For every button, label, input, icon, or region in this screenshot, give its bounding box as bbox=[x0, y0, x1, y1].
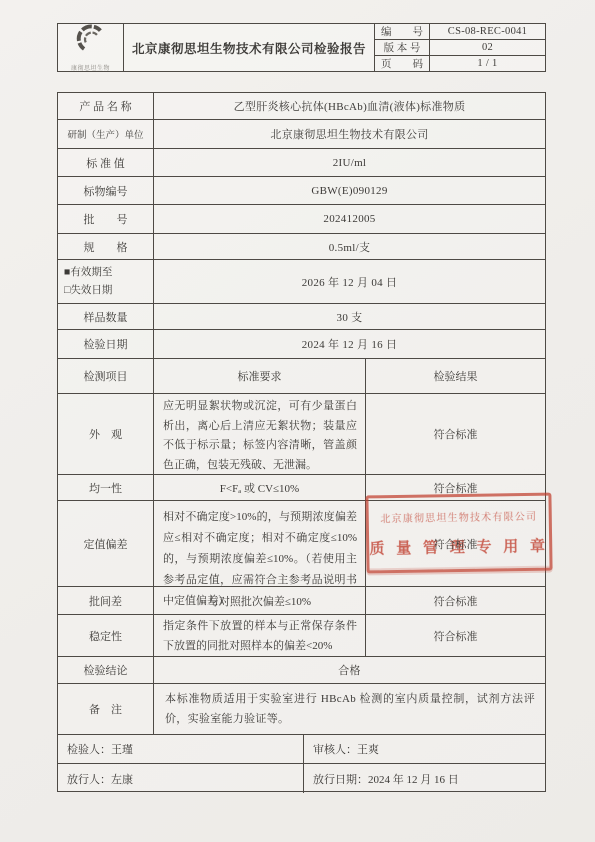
inspector-name: 王瑾 bbox=[111, 741, 133, 757]
row-releaser-date: 放行人： 左康 放行日期： 2024 年 12 月 16 日 bbox=[58, 763, 545, 793]
uniformity-result: 符合标准 bbox=[366, 475, 545, 500]
test-date-label: 检验日期 bbox=[58, 330, 154, 358]
row-inspector-reviewer: 检验人： 王瑾 审核人： 王爽 bbox=[58, 734, 545, 763]
doc-no-value: CS-08-REC-0041 bbox=[430, 24, 545, 39]
row-test-appearance: 外 观 应无明显絮状物或沉淀，可有少量蛋白析出，离心后上清应无絮状物；装量应不低… bbox=[58, 393, 545, 474]
expiry-unchecked-option: □失效日期 bbox=[64, 282, 153, 300]
release-date-value: 2024 年 12 月 16 日 bbox=[368, 771, 459, 787]
sample-qty-value: 30 支 bbox=[154, 304, 545, 329]
report-header: 康彻思坦生物 北京康彻思坦生物技术有限公司检验报告 编 号 CS-08-REC-… bbox=[57, 23, 546, 72]
report-table: 产 品 名 称 乙型肝炎核心抗体(HBcAb)血清(液体)标准物质 研制（生产）… bbox=[57, 92, 546, 792]
row-spec: 规 格 0.5ml/支 bbox=[58, 233, 545, 259]
reviewer-label: 审核人： bbox=[313, 741, 357, 757]
appearance-result: 符合标准 bbox=[366, 394, 545, 474]
col-header-item: 检测项目 bbox=[58, 359, 154, 393]
uniformity-requirement: F<Fₐ 或 CV≤10% bbox=[154, 475, 366, 500]
row-test-date: 检验日期 2024 年 12 月 16 日 bbox=[58, 329, 545, 358]
version-value: 02 bbox=[430, 40, 545, 55]
version-label: 版 本 号 bbox=[375, 40, 430, 55]
remark-label: 备 注 bbox=[58, 684, 154, 734]
col-header-result: 检验结果 bbox=[366, 359, 545, 393]
stability-item: 稳定性 bbox=[58, 615, 154, 656]
sample-qty-label: 样品数量 bbox=[58, 304, 154, 329]
conclusion-label: 检验结论 bbox=[58, 657, 154, 683]
uniformity-item: 均一性 bbox=[58, 475, 154, 500]
validity-label: ■有效期至 □失效日期 bbox=[58, 260, 154, 303]
value-bias-requirement: 相对不确定度>10%的，与预期浓度偏差应≤相对不确定度；相对不确定度≤10%的，… bbox=[154, 501, 366, 586]
value-bias-result: 符合标准 bbox=[366, 501, 545, 586]
release-date-label: 放行日期： bbox=[313, 771, 368, 787]
conclusion-value: 合格 bbox=[154, 657, 545, 683]
row-lot-no: 批 号 202412005 bbox=[58, 204, 545, 233]
material-no-label: 标物编号 bbox=[58, 177, 154, 204]
logo-swirl-icon bbox=[74, 23, 108, 62]
row-product-name: 产 品 名 称 乙型肝炎核心抗体(HBcAb)血清(液体)标准物质 bbox=[58, 93, 545, 119]
value-bias-item: 定值偏差 bbox=[58, 501, 154, 586]
validity-value: 2026 年 12 月 04 日 bbox=[154, 260, 545, 303]
stability-requirement: 指定条件下放置的样本与正常保存条件下放置的同批对照样本的偏差<20% bbox=[154, 615, 366, 656]
manufacturer-label: 研制（生产）单位 bbox=[58, 120, 154, 148]
doc-no-label: 编 号 bbox=[375, 24, 430, 39]
col-header-requirement: 标准要求 bbox=[154, 359, 366, 393]
spec-value: 0.5ml/支 bbox=[154, 234, 545, 259]
reviewer-name: 王爽 bbox=[357, 741, 379, 757]
row-sample-qty: 样品数量 30 支 bbox=[58, 303, 545, 329]
spec-label: 规 格 bbox=[58, 234, 154, 259]
validity-checked-option: ■有效期至 bbox=[64, 264, 153, 282]
report-title: 北京康彻思坦生物技术有限公司检验报告 bbox=[124, 24, 374, 71]
header-meta-table: 编 号 CS-08-REC-0041 版 本 号 02 页 码 1 / 1 bbox=[374, 24, 545, 71]
manufacturer-value: 北京康彻思坦生物技术有限公司 bbox=[154, 120, 545, 148]
releaser-name: 左康 bbox=[111, 771, 133, 787]
releaser-label: 放行人： bbox=[67, 771, 111, 787]
inspector-cell: 检验人： 王瑾 bbox=[58, 735, 304, 763]
row-conclusion: 检验结论 合格 bbox=[58, 656, 545, 683]
company-logo: 康彻思坦生物 bbox=[58, 24, 124, 71]
page-label: 页 码 bbox=[375, 56, 430, 71]
product-name-label: 产 品 名 称 bbox=[58, 93, 154, 119]
meta-row-version: 版 本 号 02 bbox=[375, 39, 545, 55]
row-manufacturer: 研制（生产）单位 北京康彻思坦生物技术有限公司 bbox=[58, 119, 545, 148]
remark-value: 本标准物质适用于实验室进行 HBcAb 检测的室内质量控制，试剂方法评价，实验室… bbox=[154, 684, 545, 734]
lot-difference-requirement: 与对照批次偏差≤10% bbox=[154, 587, 366, 614]
value-bias-result-text: 符合标准 bbox=[434, 536, 478, 552]
row-standard-value: 标 准 值 2IU/ml bbox=[58, 148, 545, 176]
inspector-label: 检验人： bbox=[67, 741, 111, 757]
row-test-assigned-value-bias: 定值偏差 相对不确定度>10%的，与预期浓度偏差应≤相对不确定度；相对不确定度≤… bbox=[58, 500, 545, 586]
releaser-cell: 放行人： 左康 bbox=[58, 764, 304, 793]
meta-row-doc-no: 编 号 CS-08-REC-0041 bbox=[375, 24, 545, 39]
row-remark: 备 注 本标准物质适用于实验室进行 HBcAb 检测的室内质量控制，试剂方法评价… bbox=[58, 683, 545, 734]
standard-value-value: 2IU/ml bbox=[154, 149, 545, 176]
meta-row-page: 页 码 1 / 1 bbox=[375, 55, 545, 71]
material-no-value: GBW(E)090129 bbox=[154, 177, 545, 204]
appearance-requirement: 应无明显絮状物或沉淀，可有少量蛋白析出，离心后上清应无絮状物；装量应不低于标示量… bbox=[154, 394, 366, 474]
reviewer-cell: 审核人： 王爽 bbox=[304, 735, 545, 763]
lot-difference-item: 批间差 bbox=[58, 587, 154, 614]
row-material-no: 标物编号 GBW(E)090129 bbox=[58, 176, 545, 204]
appearance-item: 外 观 bbox=[58, 394, 154, 474]
stability-result: 符合标准 bbox=[366, 615, 545, 656]
lot-no-value: 202412005 bbox=[154, 205, 545, 233]
standard-value-label: 标 准 值 bbox=[58, 149, 154, 176]
inspection-report-page: 康彻思坦生物 北京康彻思坦生物技术有限公司检验报告 编 号 CS-08-REC-… bbox=[0, 0, 595, 842]
release-date-cell: 放行日期： 2024 年 12 月 16 日 bbox=[304, 764, 545, 793]
product-name-value: 乙型肝炎核心抗体(HBcAb)血清(液体)标准物质 bbox=[154, 93, 545, 119]
page-value: 1 / 1 bbox=[430, 56, 545, 71]
lot-no-label: 批 号 bbox=[58, 205, 154, 233]
row-test-lot-difference: 批间差 与对照批次偏差≤10% 符合标准 bbox=[58, 586, 545, 614]
row-test-headers: 检测项目 标准要求 检验结果 bbox=[58, 358, 545, 393]
logo-caption: 康彻思坦生物 bbox=[71, 63, 110, 72]
row-test-stability: 稳定性 指定条件下放置的样本与正常保存条件下放置的同批对照样本的偏差<20% 符… bbox=[58, 614, 545, 656]
lot-difference-result: 符合标准 bbox=[366, 587, 545, 614]
row-test-uniformity: 均一性 F<Fₐ 或 CV≤10% 符合标准 bbox=[58, 474, 545, 500]
test-date-value: 2024 年 12 月 16 日 bbox=[154, 330, 545, 358]
row-validity: ■有效期至 □失效日期 2026 年 12 月 04 日 bbox=[58, 259, 545, 303]
